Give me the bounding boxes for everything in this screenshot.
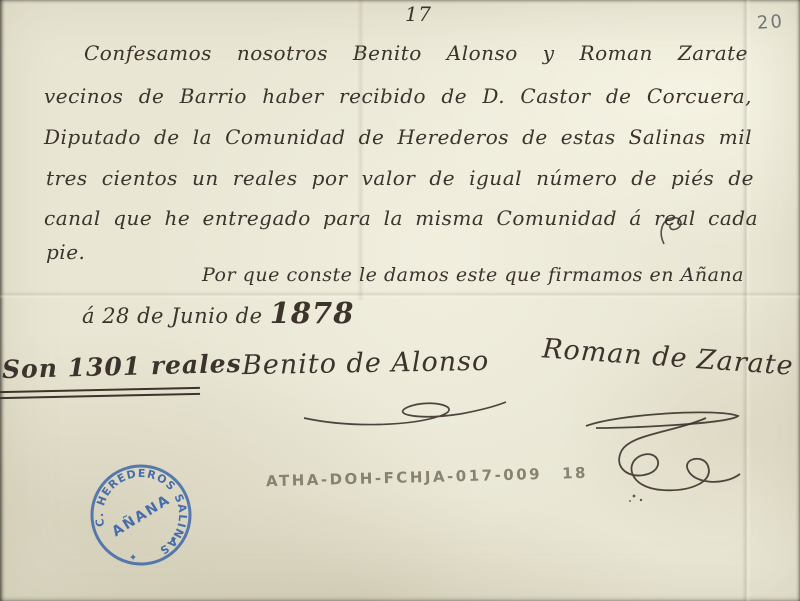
ink-flourish-mark <box>656 214 690 248</box>
amount-line: Son 1301 reales <box>2 349 242 384</box>
body-line: Confesamos nosotros Benito Alonso y Roma… <box>84 38 748 68</box>
stamp-decoration: ✦ <box>129 553 138 564</box>
body-line: canal que he entregado para la misma Com… <box>44 203 758 233</box>
signature-benito-flourish <box>300 390 510 432</box>
ink-dot <box>640 499 642 501</box>
archive-stamp: C. HEREDEROS SALINAS AÑANA ✦ ✦ <box>78 450 204 579</box>
stamp-center-text: AÑANA <box>109 491 174 540</box>
folio-number: 17 <box>405 2 431 26</box>
signature-roman-zarate: Roman de Zarate <box>541 333 794 381</box>
closing-line: Por que conste le damos este que firmamo… <box>202 264 744 286</box>
signature-benito-alonso: Benito de Alonso <box>242 346 490 381</box>
body-line: vecinos de Barrio haber recibido de D. C… <box>44 81 752 111</box>
corner-page-number: 20 <box>756 11 784 34</box>
scanned-document-page: 17 20 Confesamos nosotros Benito Alonso … <box>0 0 800 601</box>
signature-roman-rubric <box>578 404 750 504</box>
date-year: 1878 <box>270 296 355 330</box>
body-line: tres cientos un reales por valor de igua… <box>46 163 754 193</box>
reference-sheet-number: 18 <box>562 464 588 483</box>
reference-code: ATHA-DOH-FCHJA-017-009 <box>266 465 543 490</box>
body-line: Diputado de la Comunidad de Herederos de… <box>44 122 752 152</box>
date-line: á 28 de Junio de 1878 <box>82 296 354 330</box>
ink-dot <box>633 495 636 498</box>
archival-reference: ATHA-DOH-FCHJA-017-009 18 <box>266 464 588 490</box>
date-text: á 28 de Junio de <box>82 304 263 328</box>
amount-double-underline <box>0 387 200 399</box>
body-line: pie. <box>46 240 85 264</box>
ink-dot <box>629 500 631 502</box>
